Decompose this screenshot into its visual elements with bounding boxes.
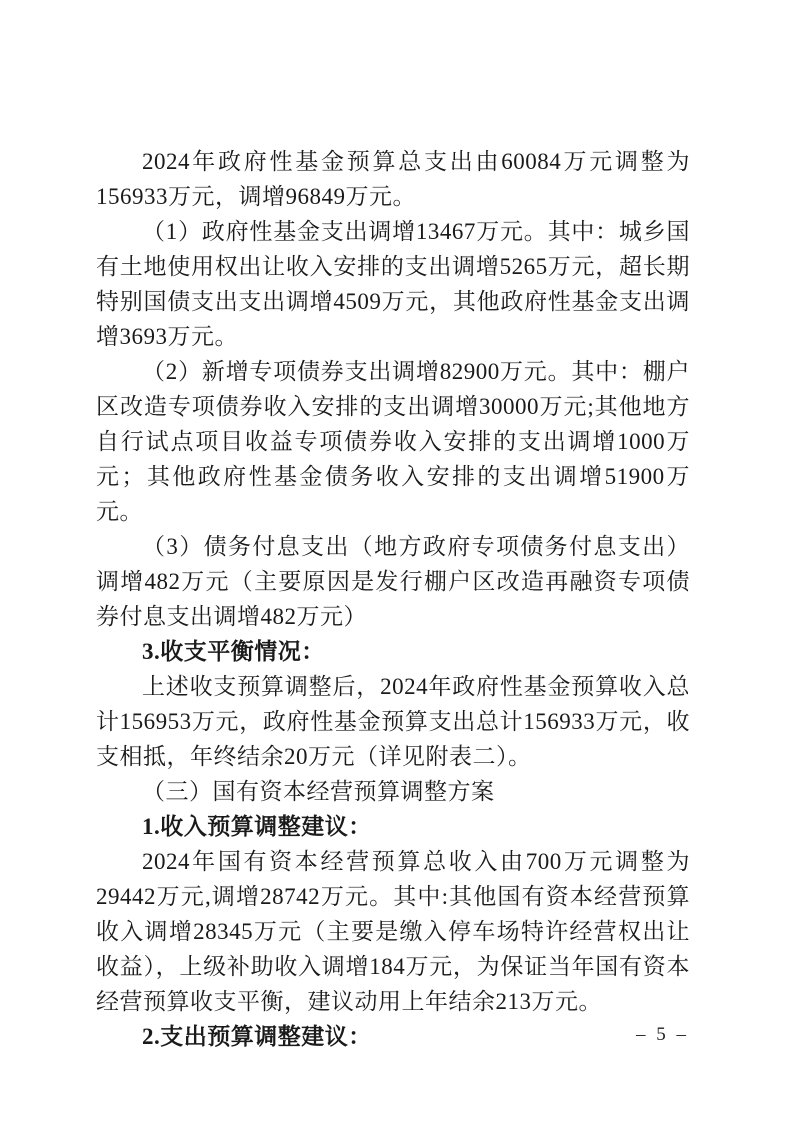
para-gov-fund-expenditure-item-1: （1）政府性基金支出调增13467万元。其中：城乡国有土地使用权出让收入安排的支…: [96, 214, 690, 354]
heading-balance-of-payments: 3.收支平衡情况：: [96, 634, 690, 669]
heading-income-adjustment-suggestion: 1.收入预算调整建议：: [96, 809, 690, 844]
para-debt-interest-item-3: （3）债务付息支出（地方政府专项债务付息支出）调增482万元（主要原因是发行棚户…: [96, 529, 690, 634]
page-number: – 5 –: [636, 1024, 689, 1046]
document-body: 2024年政府性基金预算总支出由60084万元调整为156933万元，调增968…: [96, 144, 690, 1054]
para-balance-summary: 上述收支预算调整后，2024年政府性基金预算收入总计156953万元，政府性基金…: [96, 669, 690, 774]
document-page: 2024年政府性基金预算总支出由60084万元调整为156933万元，调增968…: [0, 0, 793, 1122]
heading-expenditure-adjustment-suggestion: 2.支出预算调整建议：: [96, 1019, 690, 1054]
heading-section-state-capital-budget: （三）国有资本经营预算调整方案: [96, 774, 690, 809]
para-new-special-bond-item-2: （2）新增专项债券支出调增82900万元。其中：棚户区改造专项债券收入安排的支出…: [96, 354, 690, 529]
para-state-capital-income-adjustment: 2024年国有资本经营预算总收入由700万元调整为29442万元,调增28742…: [96, 844, 690, 1019]
para-gov-fund-total-expenditure: 2024年政府性基金预算总支出由60084万元调整为156933万元，调增968…: [96, 144, 690, 214]
